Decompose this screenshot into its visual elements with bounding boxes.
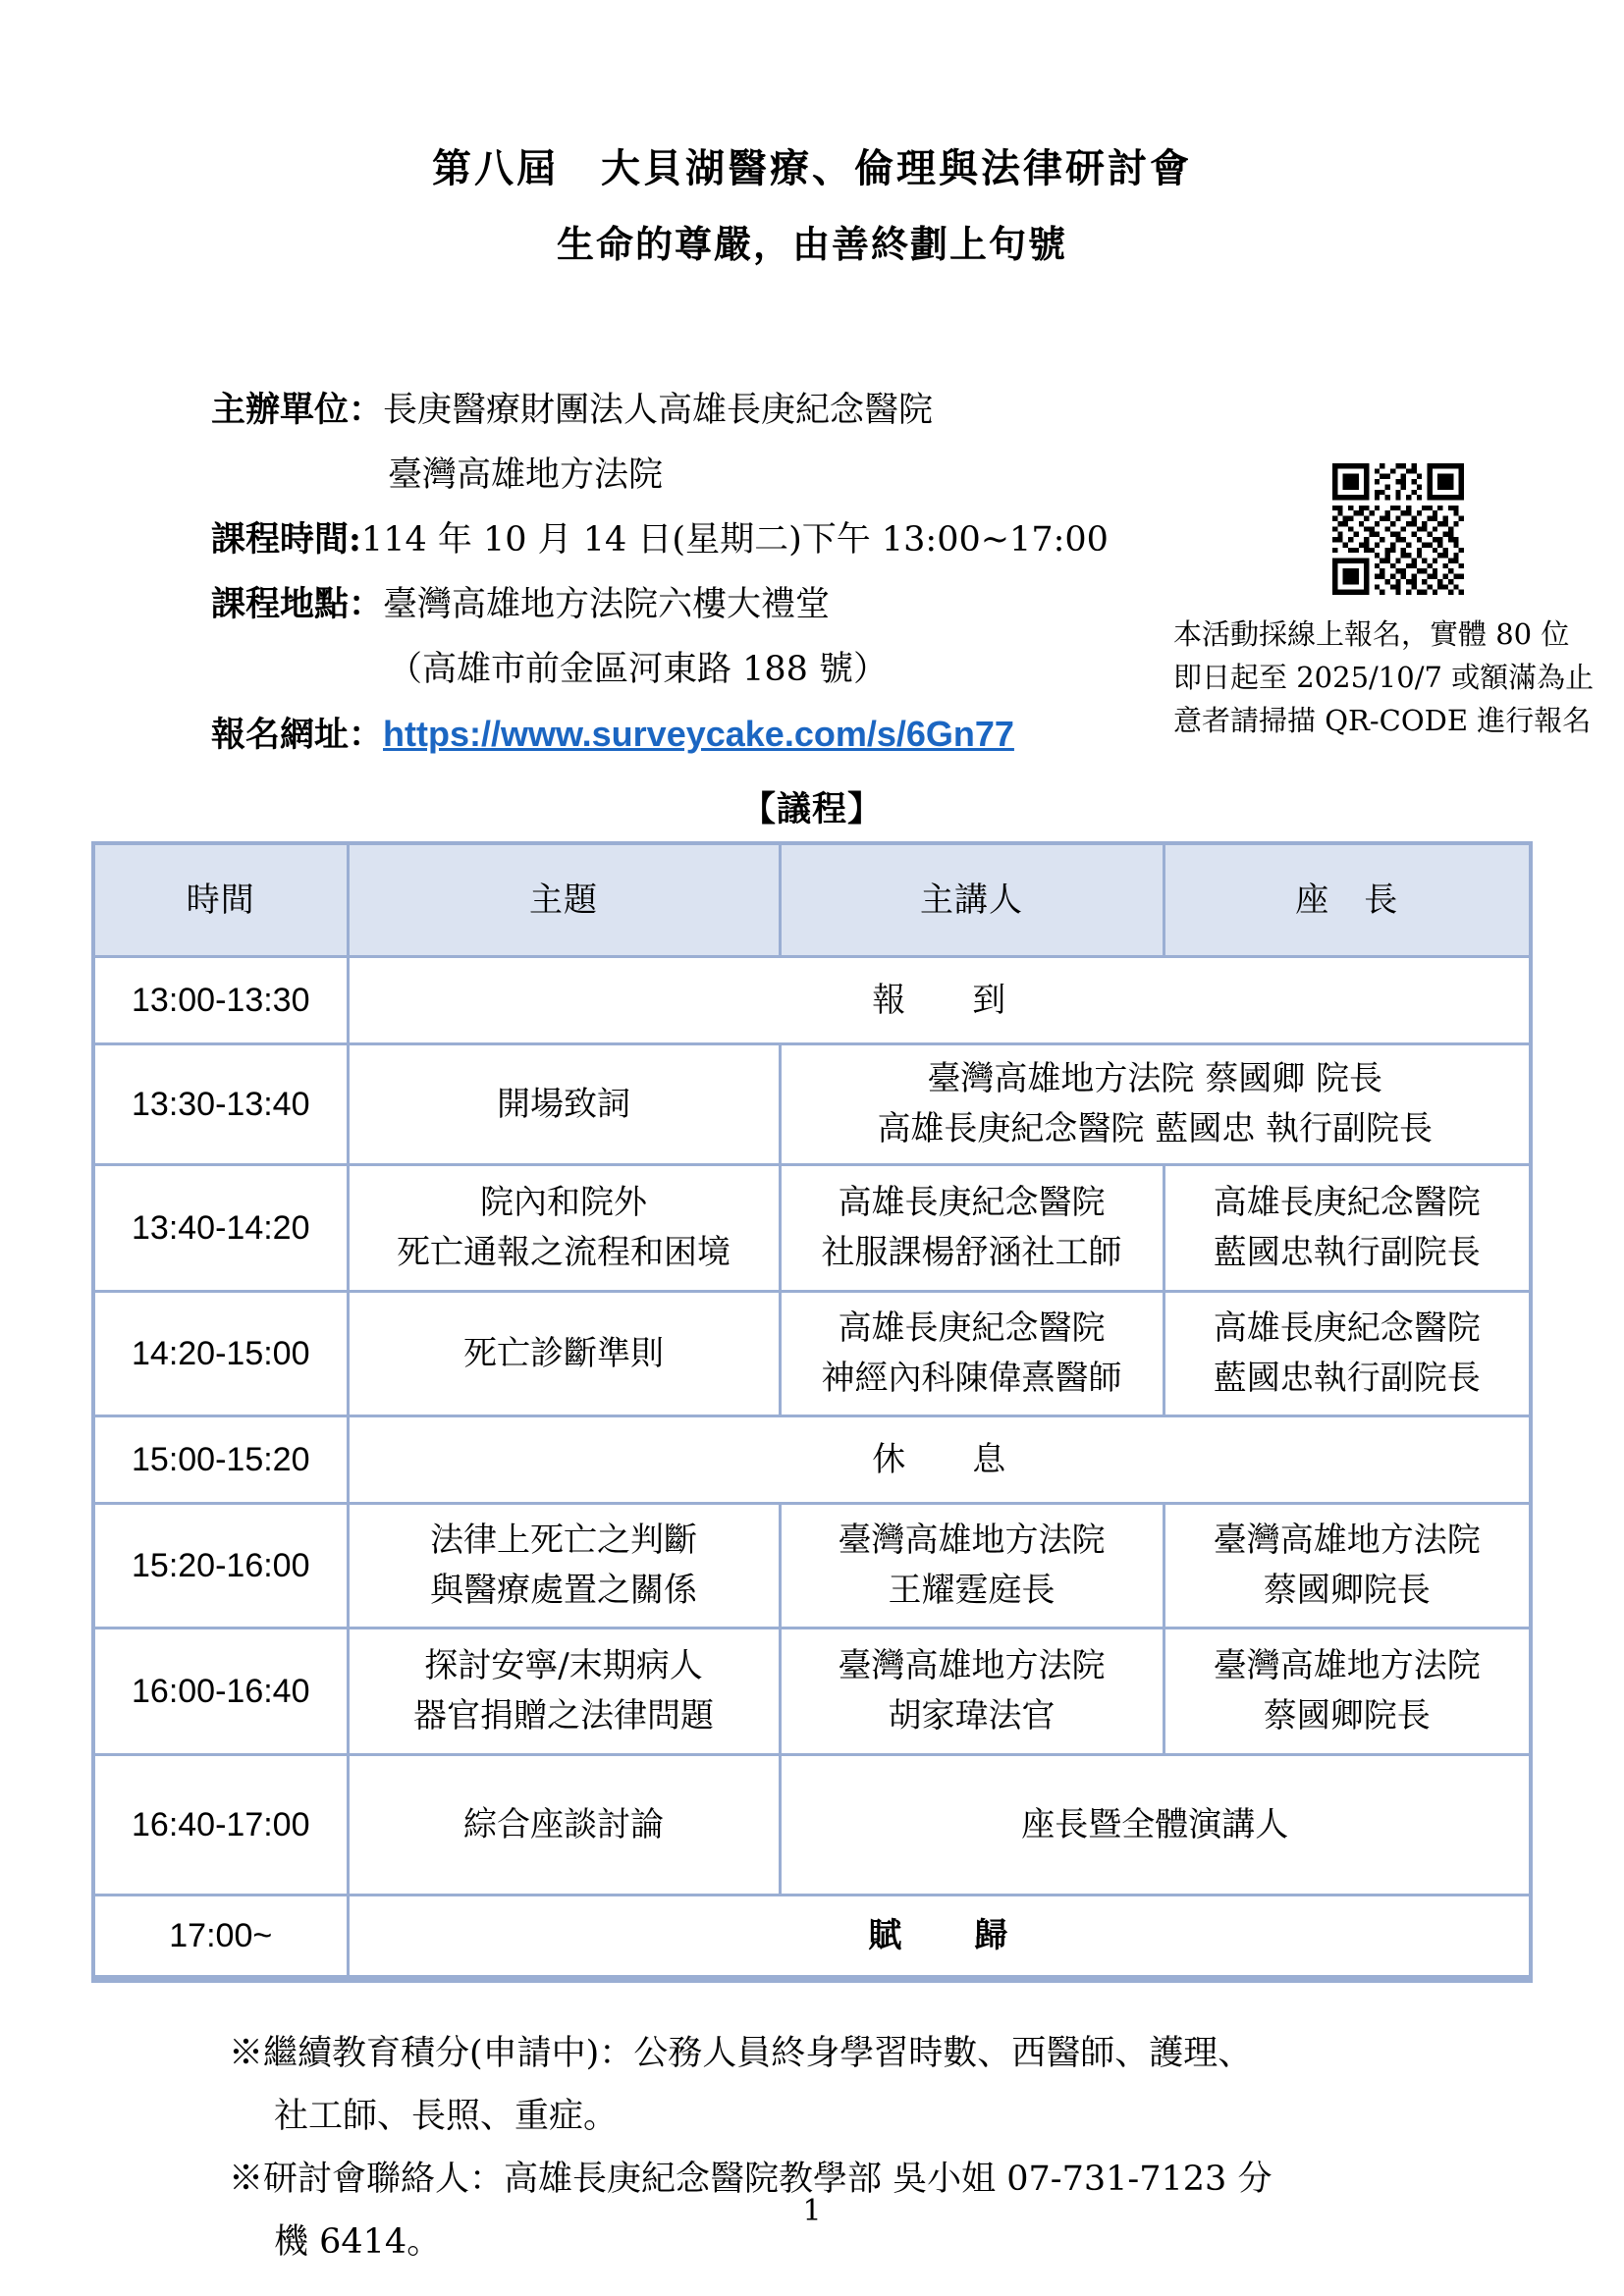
topic-cell: 開場致詞 bbox=[348, 1044, 780, 1165]
column-header-chair: 座 長 bbox=[1164, 843, 1531, 957]
footnotes: ※繼續教育積分(申請中)：公務人員終身學習時數、西醫師、護理、 社工師、長照、重… bbox=[229, 2022, 1505, 2273]
course-info: 主辦單位：長庚醫療財團法人高雄長庚紀念醫院 臺灣高雄地方法院 課程時間:114 … bbox=[211, 378, 1193, 767]
agenda-row-session2: 14:20-15:00 死亡診斷準則 高雄長庚紀念醫院 神經內科陳偉熹醫師 高雄… bbox=[93, 1292, 1531, 1416]
registration-link[interactable]: https://www.surveycake.com/s/6Gn77 bbox=[383, 714, 1014, 754]
speaker-cell: 臺灣高雄地方法院 胡家瑋法官 bbox=[780, 1629, 1164, 1755]
activity-cell: 休 息 bbox=[348, 1416, 1531, 1504]
topic-cell: 探討安寧/末期病人 器官捐贈之法律問題 bbox=[348, 1629, 780, 1755]
agenda-row-opening: 13:30-13:40 開場致詞 臺灣高雄地方法院 蔡國卿 院長 高雄長庚紀念醫… bbox=[93, 1044, 1531, 1165]
column-header-speaker: 主講人 bbox=[780, 843, 1164, 957]
time-cell: 17:00~ bbox=[93, 1896, 348, 1980]
qr-code-icon bbox=[1332, 463, 1464, 595]
location-value: 臺灣高雄地方法院六樓大禮堂 bbox=[383, 585, 830, 624]
time-cell: 15:00-15:20 bbox=[93, 1416, 348, 1504]
agenda-row-session1: 13:40-14:20 院內和院外 死亡通報之流程和困境 高雄長庚紀念醫院 社服… bbox=[93, 1165, 1531, 1292]
organizer-value: 長庚醫療財團法人高雄長庚紀念醫院 bbox=[383, 391, 933, 430]
footnote-credits-line1: ※繼續教育積分(申請中)：公務人員終身學習時數、西醫師、護理、 bbox=[229, 2022, 1505, 2085]
organizer-line2: 臺灣高雄地方法院 bbox=[211, 443, 1193, 507]
column-header-topic: 主題 bbox=[348, 843, 780, 957]
chair-cell: 臺灣高雄地方法院 蔡國卿院長 bbox=[1164, 1629, 1531, 1755]
topic-cell: 院內和院外 死亡通報之流程和困境 bbox=[348, 1165, 780, 1292]
time-value: 114 年 10 月 14 日(星期二)下午 13:00~17:00 bbox=[361, 520, 1109, 560]
time-cell: 16:40-17:00 bbox=[93, 1755, 348, 1896]
location-line: 課程地點：臺灣高雄地方法院六樓大禮堂 bbox=[211, 572, 1193, 637]
organizer-line: 主辦單位：長庚醫療財團法人高雄長庚紀念醫院 bbox=[211, 378, 1193, 443]
topic-cell: 法律上死亡之判斷 與醫療處置之關係 bbox=[348, 1504, 780, 1629]
time-cell: 16:00-16:40 bbox=[93, 1629, 348, 1755]
qr-panel: 本活動採線上報名，實體 80 位 即日起至 2025/10/7 或額滿為止 意者… bbox=[1173, 463, 1624, 742]
speakers-cell: 座長暨全體演講人 bbox=[780, 1755, 1531, 1896]
activity-cell: 賦 歸 bbox=[348, 1896, 1531, 1980]
chair-cell: 臺灣高雄地方法院 蔡國卿院長 bbox=[1164, 1504, 1531, 1629]
speakers-cell: 臺灣高雄地方法院 蔡國卿 院長 高雄長庚紀念醫院 藍國忠 執行副院長 bbox=[780, 1044, 1531, 1165]
column-header-time: 時間 bbox=[93, 843, 348, 957]
chair-cell: 高雄長庚紀念醫院 藍國忠執行副院長 bbox=[1164, 1165, 1531, 1292]
time-label: 課程時間: bbox=[211, 519, 361, 560]
topic-cell: 死亡診斷準則 bbox=[348, 1292, 780, 1416]
page-number: 1 bbox=[0, 2194, 1624, 2228]
chair-cell: 高雄長庚紀念醫院 藍國忠執行副院長 bbox=[1164, 1292, 1531, 1416]
activity-cell: 報 到 bbox=[348, 957, 1531, 1044]
agenda-row-session4: 16:00-16:40 探討安寧/末期病人 器官捐贈之法律問題 臺灣高雄地方法院… bbox=[93, 1629, 1531, 1755]
agenda-table: 時間 主題 主講人 座 長 13:00-13:30 報 到 13:30-13:4… bbox=[91, 841, 1533, 1983]
time-cell: 14:20-15:00 bbox=[93, 1292, 348, 1416]
time-cell: 13:00-13:30 bbox=[93, 957, 348, 1044]
agenda-section-title: 【議程】 bbox=[0, 782, 1624, 831]
location-label: 課程地點： bbox=[211, 584, 383, 624]
registration-label: 報名網址： bbox=[211, 715, 383, 755]
speaker-cell: 高雄長庚紀念醫院 社服課楊舒涵社工師 bbox=[780, 1165, 1164, 1292]
time-cell: 15:20-16:00 bbox=[93, 1504, 348, 1629]
document-subtitle: 生命的尊嚴，由善終劃上句號 bbox=[0, 214, 1624, 268]
time-line: 課程時間:114 年 10 月 14 日(星期二)下午 13:00~17:00 bbox=[211, 507, 1193, 572]
agenda-row-registration: 13:00-13:30 報 到 bbox=[93, 957, 1531, 1044]
agenda-row-session3: 15:20-16:00 法律上死亡之判斷 與醫療處置之關係 臺灣高雄地方法院 王… bbox=[93, 1504, 1531, 1629]
agenda-row-break: 15:00-15:20 休 息 bbox=[93, 1416, 1531, 1504]
topic-cell: 綜合座談討論 bbox=[348, 1755, 780, 1896]
document-page: 第八屆 大貝湖醫療、倫理與法律研討會 生命的尊嚴，由善終劃上句號 主辦單位：長庚… bbox=[0, 0, 1624, 2296]
organizer-label: 主辦單位： bbox=[211, 390, 383, 430]
qr-registration-note: 本活動採線上報名，實體 80 位 即日起至 2025/10/7 或額滿為止 意者… bbox=[1173, 613, 1624, 742]
document-title: 第八屆 大貝湖醫療、倫理與法律研討會 bbox=[0, 0, 1624, 192]
time-cell: 13:30-13:40 bbox=[93, 1044, 348, 1165]
location-line2: （高雄市前金區河東路 188 號） bbox=[211, 637, 1193, 702]
time-cell: 13:40-14:20 bbox=[93, 1165, 348, 1292]
agenda-row-panel: 16:40-17:00 綜合座談討論 座長暨全體演講人 bbox=[93, 1755, 1531, 1896]
agenda-header-row: 時間 主題 主講人 座 長 bbox=[93, 843, 1531, 957]
footnote-credits-line2: 社工師、長照、重症。 bbox=[229, 2085, 1505, 2148]
agenda-row-closing: 17:00~ 賦 歸 bbox=[93, 1896, 1531, 1980]
speaker-cell: 臺灣高雄地方法院 王耀霆庭長 bbox=[780, 1504, 1164, 1629]
registration-line: 報名網址：https://www.surveycake.com/s/6Gn77 bbox=[211, 702, 1193, 767]
speaker-cell: 高雄長庚紀念醫院 神經內科陳偉熹醫師 bbox=[780, 1292, 1164, 1416]
